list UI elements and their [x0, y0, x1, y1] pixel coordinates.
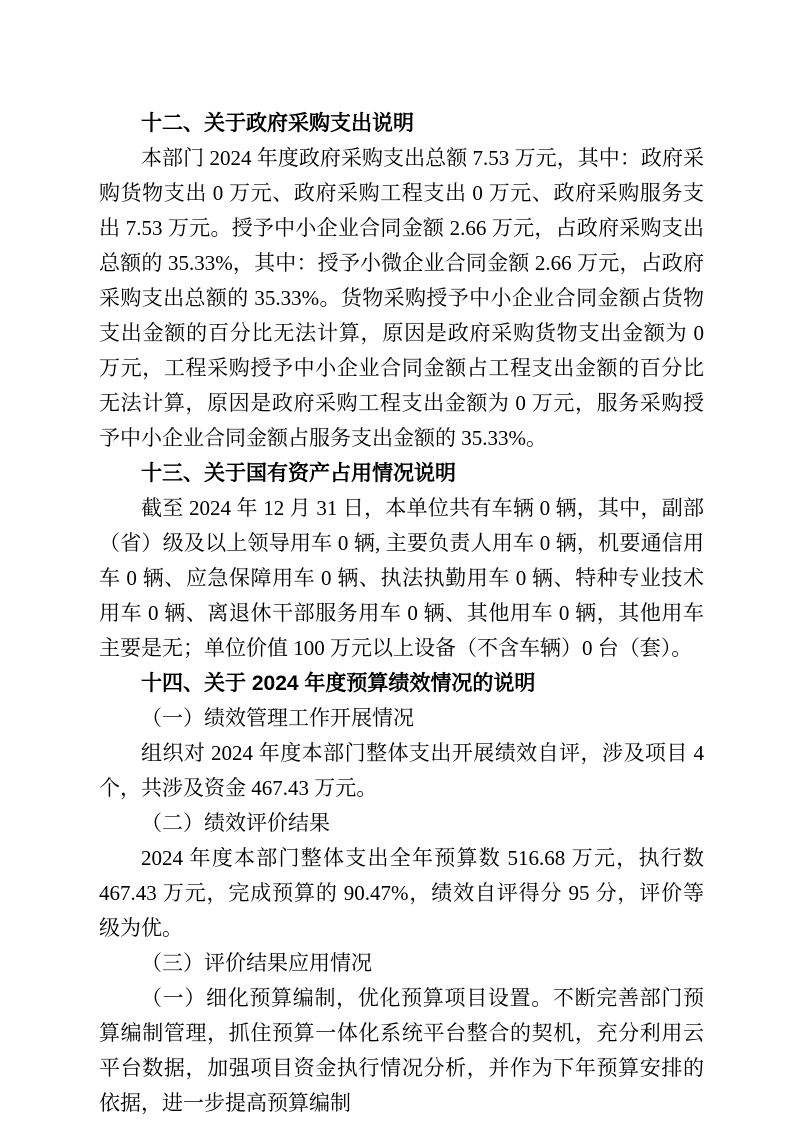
subheading-2-evaluation-results: （二）绩效评价结果 — [99, 806, 704, 841]
document-page: 十二、关于政府采购支出说明 本部门 2024 年度政府采购支出总额 7.53 万… — [0, 0, 793, 1122]
subheading-1-performance-management: （一）绩效管理工作开展情况 — [99, 701, 704, 736]
section-heading-12-gov-procurement: 十二、关于政府采购支出说明 — [99, 106, 704, 141]
paragraph-results-application: （一）细化预算编制，优化预算项目设置。不断完善部门预算编制管理，抓住预算一体化系… — [99, 981, 704, 1121]
section-heading-14-budget-performance: 十四、关于 2024 年度预算绩效情况的说明 — [99, 666, 704, 701]
paragraph-state-assets: 截至 2024 年 12 月 31 日，本单位共有车辆 0 辆，其中，副部（省）… — [99, 491, 704, 666]
subheading-3-results-application: （三）评价结果应用情况 — [99, 946, 704, 981]
section-heading-13-state-assets: 十三、关于国有资产占用情况说明 — [99, 456, 704, 491]
paragraph-performance-management: 组织对 2024 年度本部门整体支出开展绩效自评，涉及项目 4 个，共涉及资金 … — [99, 736, 704, 806]
paragraph-gov-procurement: 本部门 2024 年度政府采购支出总额 7.53 万元，其中：政府采购货物支出 … — [99, 141, 704, 456]
paragraph-evaluation-results: 2024 年度本部门整体支出全年预算数 516.68 万元，执行数 467.43… — [99, 841, 704, 946]
